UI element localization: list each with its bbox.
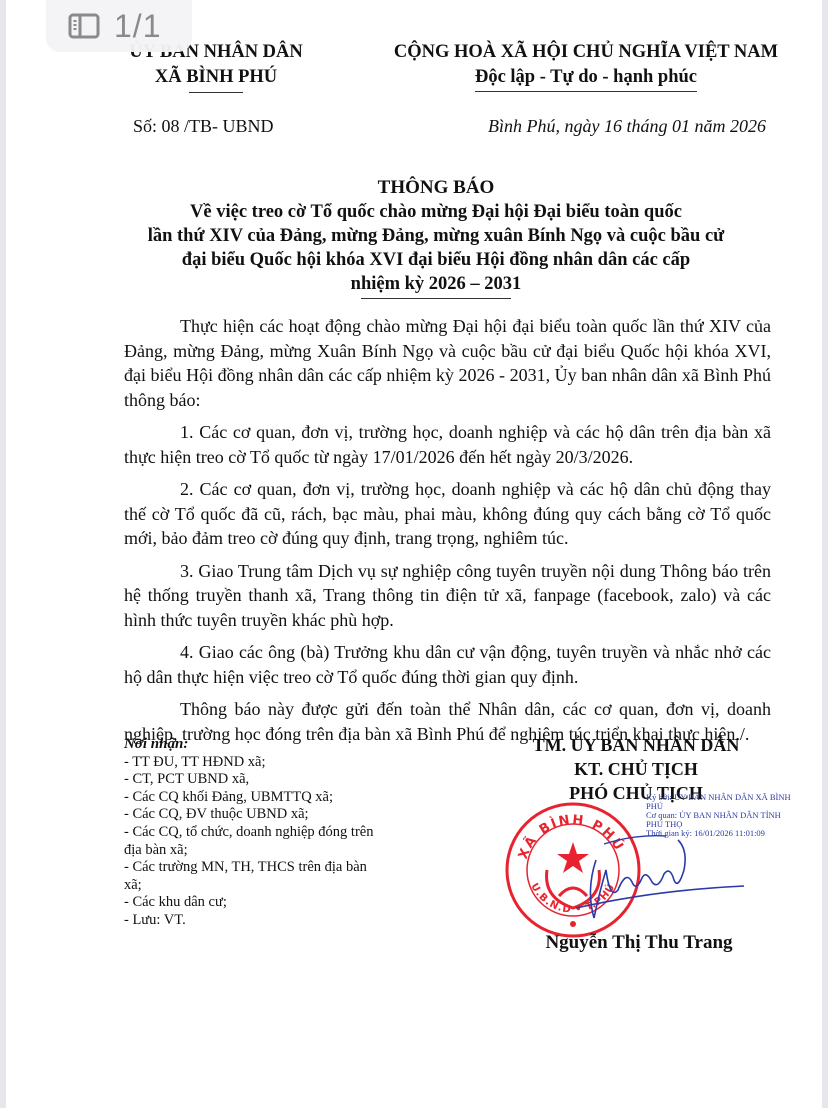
recipient-item: - Các CQ, tổ chức, doanh nghiệp đóng trê… — [124, 824, 374, 859]
page-indicator[interactable]: 1/1 — [46, 0, 192, 52]
title-line: Về việc treo cờ Tổ quốc chào mừng Đại hộ… — [136, 200, 736, 224]
document-number: Số: 08 /TB- UBND — [133, 116, 274, 137]
handwritten-signature-icon — [566, 830, 756, 930]
recipient-item: - TT ĐU, TT HĐND xã; — [124, 754, 374, 772]
recipient-item: - Lưu: VT. — [124, 912, 374, 930]
recipient-item: - CT, PCT UBND xã, — [124, 771, 374, 789]
digital-time: Thời gian ký: 16/01/2026 11:01:09 — [646, 829, 796, 838]
paragraph-intro: Thực hiện các hoạt động chào mừng Đại hộ… — [124, 314, 771, 412]
title-line: đại biểu Quốc hội khóa XVI đại biểu Hội … — [136, 248, 736, 272]
recipient-item: - Các trường MN, TH, THCS trên địa bàn x… — [124, 859, 374, 894]
digital-agency: Cơ quan: ỦY BAN NHÂN DÂN TỈNH PHÚ THỌ — [646, 811, 796, 829]
recipient-item: - Các CQ, ĐV thuộc UBND xã; — [124, 806, 374, 824]
paragraph-item-4: 4. Giao các ông (bà) Trưởng khu dân cư v… — [124, 640, 771, 689]
page-count: 1/1 — [114, 8, 161, 45]
sign-line-2: KT. CHỦ TỊCH — [506, 757, 766, 781]
title-heading: THÔNG BÁO — [136, 176, 736, 200]
divider — [189, 92, 243, 93]
paragraph-item-3: 3. Giao Trung tâm Dịch vụ sự nghiệp công… — [124, 559, 771, 633]
recipients-list: Nơi nhận: - TT ĐU, TT HĐND xã; - CT, PCT… — [124, 736, 374, 930]
title-line: lần thứ XIV của Đảng, mừng Đảng, mừng xu… — [136, 224, 736, 248]
document-page: 1/1 ỦY BAN NHÂN DÂN XÃ BÌNH PHÚ CỘNG HOÀ… — [6, 0, 822, 1108]
national-motto: CỘNG HOÀ XÃ HỘI CHỦ NGHĨA VIỆT NAM Độc l… — [386, 40, 786, 92]
title-line: nhiệm kỳ 2026 – 2031 — [136, 272, 736, 296]
paragraph-item-2: 2. Các cơ quan, đơn vị, trường học, doan… — [124, 477, 771, 551]
recipients-label: Nơi nhận: — [124, 736, 374, 754]
signer-name: Nguyễn Thị Thu Trang — [504, 932, 774, 954]
country-name: CỘNG HOÀ XÃ HỘI CHỦ NGHĨA VIỆT NAM — [386, 40, 786, 65]
sidebar-panel-icon[interactable] — [68, 13, 100, 39]
recipient-item: - Các khu dân cư; — [124, 894, 374, 912]
agency-line-2: XÃ BÌNH PHÚ — [106, 65, 326, 90]
motto: Độc lập - Tự do - hạnh phúc — [475, 65, 697, 92]
document-date: Bình Phú, ngày 16 tháng 01 năm 2026 — [488, 116, 766, 137]
document-body: Thực hiện các hoạt động chào mừng Đại hộ… — [124, 314, 771, 754]
recipient-item: - Các CQ khối Đảng, UBMTTQ xã; — [124, 789, 374, 807]
digital-signer: Ký bởi: ỦY BAN NHÂN DÂN XÃ BÌNH PHÚ — [646, 793, 796, 811]
sign-line-1: TM. ỦY BAN NHÂN DÂN — [506, 733, 766, 757]
digital-signature-info: Ký bởi: ỦY BAN NHÂN DÂN XÃ BÌNH PHÚ Cơ q… — [646, 793, 796, 838]
divider — [361, 298, 511, 299]
document-title: THÔNG BÁO Về việc treo cờ Tổ quốc chào m… — [136, 176, 736, 299]
paragraph-item-1: 1. Các cơ quan, đơn vị, trường học, doan… — [124, 420, 771, 469]
